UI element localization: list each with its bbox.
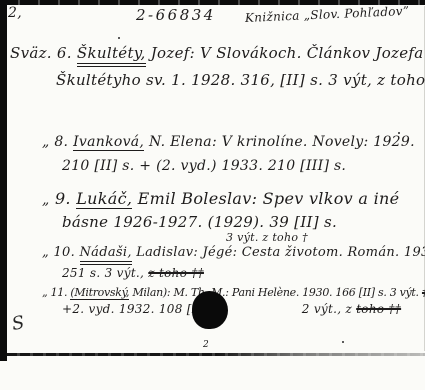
entry-11-struck-text: toho ††	[356, 302, 401, 316]
entry-9-line-2: básne 1926-1927. (1929). 39 [II] s.	[62, 213, 337, 231]
entry-11-number: 11.	[51, 286, 68, 299]
series-title: Knižnica „Slov. Pohľadov”	[245, 4, 410, 25]
entry-10-struck-text: z toho ††	[148, 266, 204, 280]
entry-9-author: Lukáč,	[76, 189, 132, 209]
entry-10-title: Ladislav: Jégé: Cesta životom. Román. 19…	[136, 245, 425, 260]
entry-6-line-1: Sväz. 6. Škultéty, Jozef: V Slovákoch. Č…	[10, 44, 424, 62]
entry-9-number: 9.	[55, 189, 71, 208]
accession-number: 2-66834	[136, 6, 216, 24]
scan-speck	[398, 132, 400, 134]
bottom-sheet-mark: 2	[203, 340, 209, 350]
entry-10-number: 10.	[53, 245, 75, 260]
page-corner-number: 2,	[8, 5, 22, 21]
scan-border-top	[0, 0, 425, 5]
scan-border-left	[0, 0, 7, 361]
entry-6-title: Jozef: V Slovákoch. Článkov Jozefa	[151, 44, 424, 62]
scan-speck	[118, 37, 120, 39]
entry-11-title: Milan): M. Th. M.: Pani Helène. 1930. 16…	[132, 286, 418, 299]
entry-9-title: Emil Boleslav: Spev vlkov a iné	[138, 189, 400, 208]
entry-8-line-1: „ 8. Ivanková, N. Elena: V krinolíne. No…	[42, 134, 415, 150]
entry-8-author: Ivanková,	[73, 134, 144, 151]
entry-8-ditto-mark: „	[42, 134, 50, 150]
entry-6-author: Škultéty,	[77, 44, 146, 67]
entry-9-copies-note: 3 výt. z toho †	[226, 231, 308, 244]
stamp-letter-s: S	[10, 312, 26, 335]
entry-9-line-1: „ 9. Lukáč, Emil Boleslav: Spev vlkov a …	[42, 189, 399, 208]
entry-10-line-1: „ 10. Nádaši, Ladislav: Jégé: Cesta živo…	[42, 245, 425, 260]
ink-blot	[192, 291, 228, 329]
entry-10-line-2: 251 s. 3 výt., z toho ††	[62, 266, 204, 280]
entry-8-number: 8.	[54, 134, 68, 150]
entry-6-line-2: Škultétyho sv. 1. 1928. 316, [II] s. 3 v…	[56, 71, 425, 89]
entry-11-line-2: +2. vyd. 1932. 108 [II] s. 2 výt., z toh…	[62, 302, 401, 316]
entry-9-ditto-mark: „	[42, 192, 50, 208]
entry-11-line-1: „ 11. (Mitrovský, Milan): M. Th. M.: Pan…	[42, 286, 425, 299]
entry-11-author: (Mitrovský,	[70, 286, 129, 300]
entry-8-title: N. Elena: V krinolíne. Novely: 1929.	[149, 134, 415, 150]
entry-10-copies: 251 s. 3 výt.,	[62, 266, 144, 280]
entry-8-line-2: 210 [II] s. + (2. vyd.) 1933. 210 [III] …	[62, 158, 346, 174]
entry-10-ditto-mark: „	[42, 245, 49, 260]
entry-10-author: Nádaši,	[80, 245, 132, 265]
entry-11-ditto-mark: „	[42, 286, 47, 299]
entry-6-volume: Sväz. 6.	[10, 44, 72, 62]
scan-speck	[342, 341, 344, 343]
catalog-card-scan: 2, 2-66834 Knižnica „Slov. Pohľadov” Svä…	[0, 0, 425, 390]
entry-11-copies: 2 výt., z	[302, 302, 352, 316]
card-bottom-edge	[7, 353, 425, 356]
